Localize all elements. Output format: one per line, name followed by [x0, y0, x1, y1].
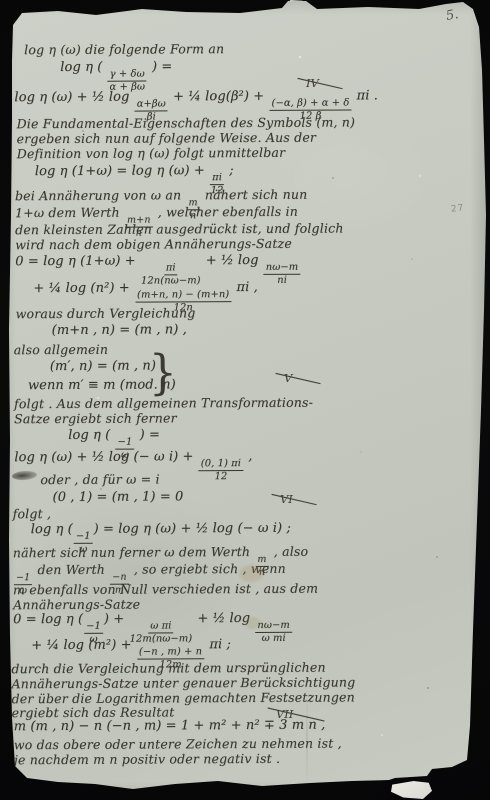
manuscript-line: den kleinsten Zahlen ausgedrückt ist, un…: [15, 221, 344, 237]
manuscript-line: m ebenfalls von Null verschieden ist , a…: [13, 582, 318, 598]
manuscript-line: Definition von log η (ω) folgt unmittelb…: [17, 146, 286, 162]
margin-mark-crossed: VII: [276, 707, 293, 721]
scan-background: 5. 27 log η (ω) die folgende Form an log…: [0, 0, 490, 800]
manuscript-line: (0 , 1) = (m , 1) = 0: [52, 490, 183, 506]
manuscript-line: log η ( γ + δωα + βω ) =: [60, 60, 172, 93]
manuscript-line: je nachdem m n positiv oder negativ ist …: [14, 752, 280, 768]
manuscript-text: log η (ω) die folgende Form an log η ( γ…: [0, 0, 490, 800]
manuscript-line: wo das obere oder untere Zeichen zu nehm…: [14, 736, 342, 752]
manuscript-line: folgt ,: [13, 507, 52, 522]
manuscript-line: oder , da für ω = i: [40, 472, 159, 487]
manuscript-line: Satze ergiebt sich ferner: [14, 411, 177, 426]
paper-stain: [239, 565, 263, 582]
manuscript-line: Annäherungs-Satze: [13, 598, 140, 613]
paper-crease: [306, 688, 308, 788]
manuscript-line: also allgemein: [14, 343, 108, 358]
manuscript-line: (m′, n) = (m , n): [50, 359, 156, 374]
grouping-brace: }: [149, 350, 177, 398]
fraction: (0, 1) πi12: [199, 459, 243, 482]
margin-mark-crossed: V: [284, 371, 292, 385]
manuscript-line: wird nach dem obigen Annäherungs-Satze: [15, 237, 292, 253]
paper-stain: [245, 617, 260, 629]
manuscript-line: (m+n , n) = (m , n) ,: [52, 323, 187, 339]
margin-mark-crossed: VI: [280, 492, 293, 506]
manuscript-page: 5. 27 log η (ω) die folgende Form an log…: [0, 0, 490, 800]
manuscript-line: log η (ω) die folgende Form an: [24, 42, 224, 57]
fraction: nω−mω mi: [255, 621, 292, 644]
margin-mark-crossed: IV: [306, 76, 319, 90]
manuscript-line: woraus durch Vergleichung: [16, 306, 196, 321]
torn-paper-fragment-bottom: [391, 781, 432, 799]
fraction: nω−mni: [264, 263, 301, 286]
manuscript-line: m (m , n) − n (−n , m) = 1 + m² + n² ∓ 3…: [14, 719, 326, 736]
